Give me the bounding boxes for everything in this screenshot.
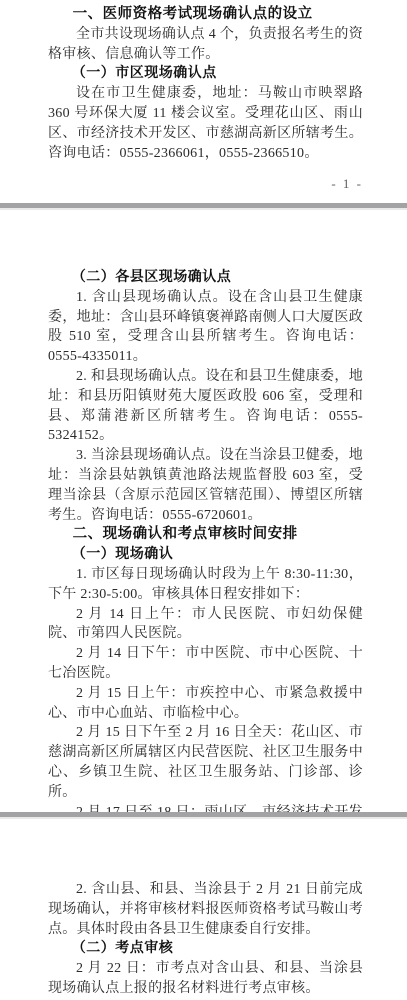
page-1: 一、医师资格考试现场确认点的设立 全市共设现场确认点 4 个，负责报名考生的资格… [0,0,407,203]
page-separator [0,812,407,819]
para-hexian-confirmation-point: 2. 和县现场确认点。设在和县卫生健康委，地址：和县历阳镇财苑大厦医政股 606… [48,367,363,446]
document-viewer: 一、医师资格考试现场确认点的设立 全市共设现场确认点 4 个，负责报名考生的资格… [0,0,407,1000]
para-city-confirmation-details: 设在市卫生健康委，地址：马鞍山市映翠路 360 号环保大厦 11 楼会议室。受理… [48,84,363,163]
para-county-deadline: 2. 含山县、和县、当涂县于 2 月 21 日前完成现场确认，并将审核材料报医师… [48,880,363,939]
para-city-schedule-intro: 1. 市区每日现场确认时段为上午 8:30-11:30，下午 2:30-5:00… [48,565,363,605]
para-schedule-feb14-pm: 2 月 14 日下午：市中医院、市中心医院、十七冶医院。 [48,644,363,684]
subheading-city-confirmation-point: （一）市区现场确认点 [48,64,363,84]
para-hanshan-confirmation-point: 1. 含山县现场确认点。设在含山县卫生健康委，地址：含山县环峰镇褒禅路南侧人口大… [48,288,363,367]
subheading-examsite-review: （二）考点审核 [48,939,363,959]
page-separator [0,203,407,210]
para-schedule-feb15-16: 2 月 15 日下午至 2 月 16 日全天：花山区、市慈湖高新区所属辖区内民营… [48,723,363,802]
para-feb22-examsite-review: 2 月 22 日：市考点对含山县、和县、当涂县现场确认点上报的报名材料进行考点审… [48,959,363,999]
para-confirmation-points-overview: 全市共设现场确认点 4 个，负责报名考生的资格审核、信息确认等工作。 [48,25,363,65]
heading-time-arrangement: 二、现场确认和考点审核时间安排 [48,525,363,545]
heading-confirmation-points-setup: 一、医师资格考试现场确认点的设立 [48,5,363,25]
subheading-county-confirmation-points: （二）各县区现场确认点 [48,268,363,288]
para-schedule-feb15-am: 2 月 15 日上午：市疾控中心、市紧急救援中心、市中心血站、市临检中心。 [48,684,363,724]
subheading-onsite-confirmation: （一）现场确认 [48,545,363,565]
para-dangtu-confirmation-point: 3. 当涂县现场确认点。设在当涂县卫健委，地址：当涂县姑孰镇黄池路法规监督股 6… [48,446,363,525]
page-number-1: - 1 - [48,176,363,192]
para-schedule-feb14-am: 2 月 14 日上午：市人民医院、市妇幼保健院、市第四人民医院。 [48,605,363,645]
page-2: （二）各县区现场确认点 1. 含山县现场确认点。设在含山县卫生健康委，地址：含山… [0,210,407,812]
page-3: 2. 含山县、和县、当涂县于 2 月 21 日前完成现场确认，并将审核材料报医师… [0,819,407,996]
